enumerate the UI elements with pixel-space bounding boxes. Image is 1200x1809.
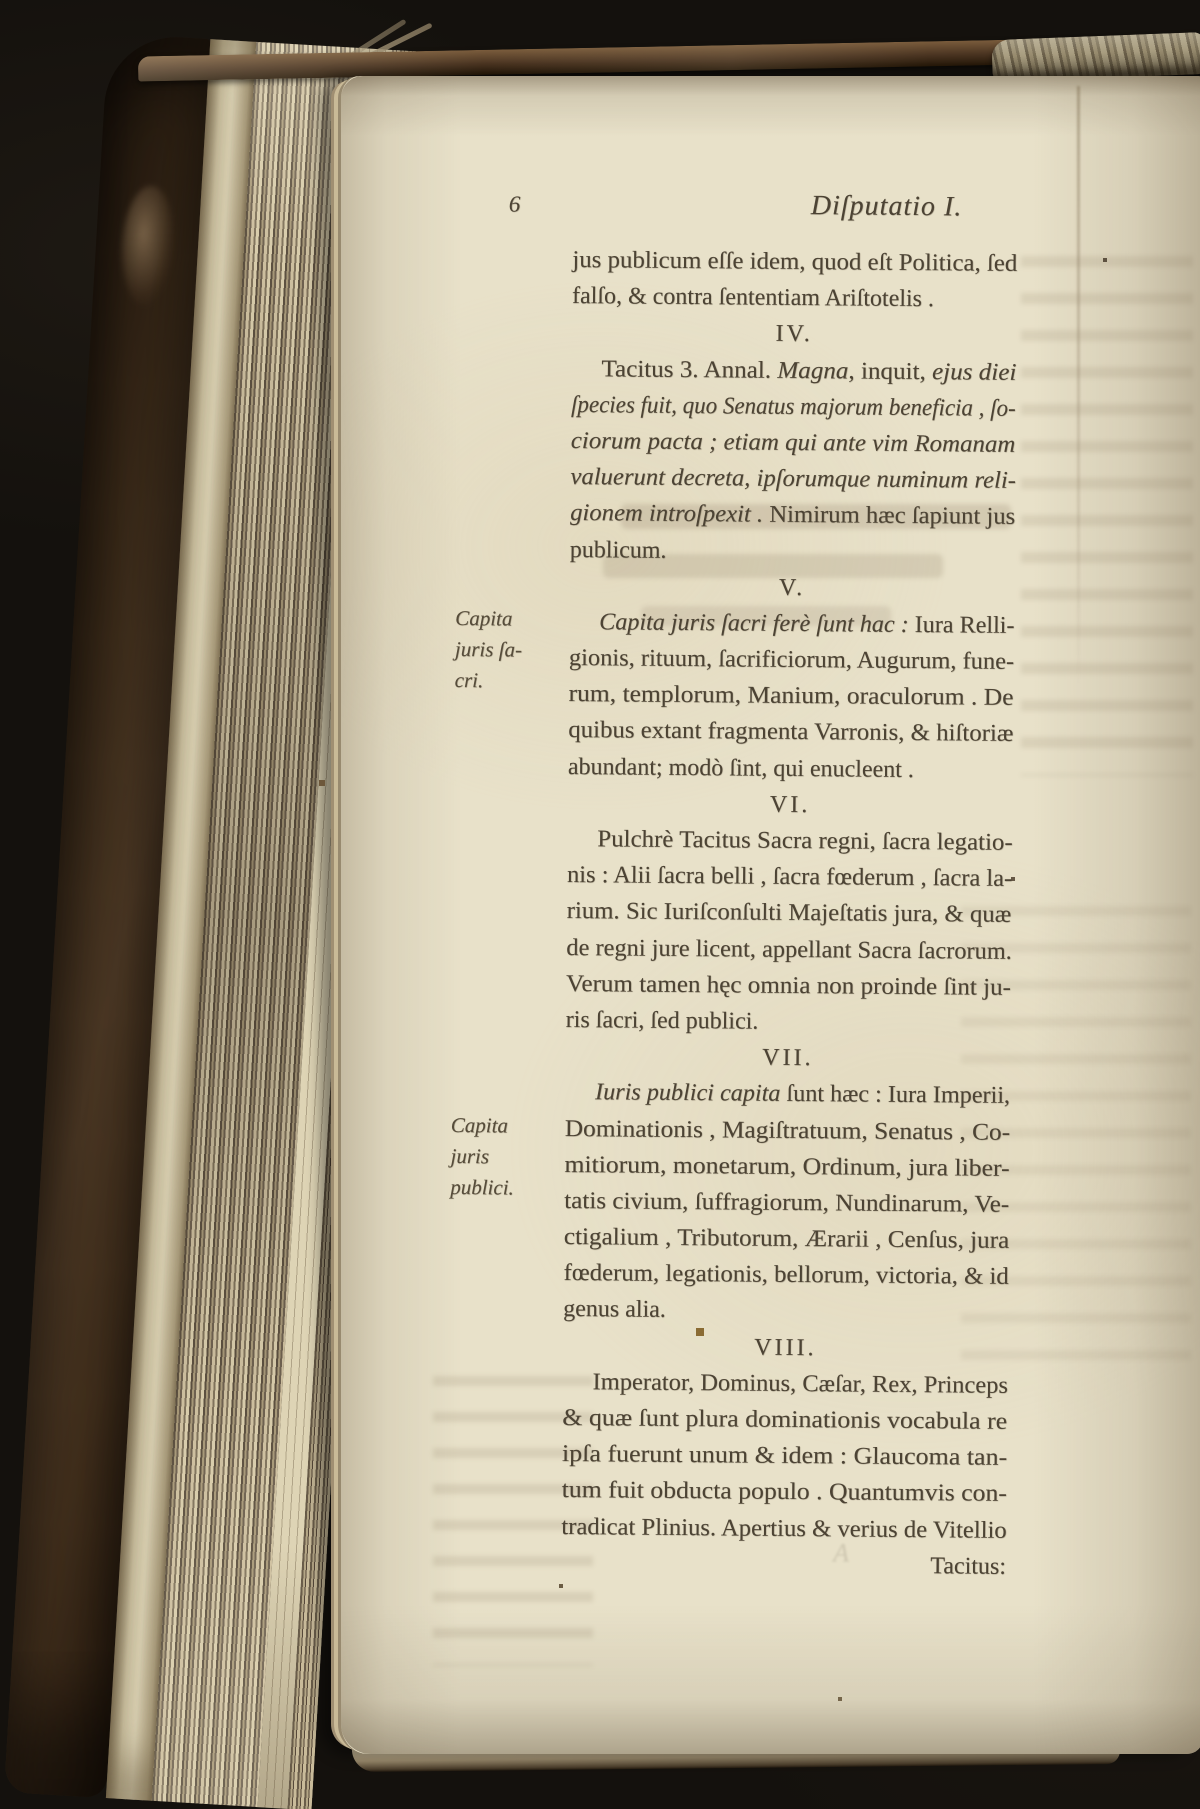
text-line: ciorum pacta ; etiam qui ante vim Romana… — [571, 423, 1016, 463]
text-line: tradicat Plinius. Apertius & verius de V… — [561, 1509, 1006, 1549]
page-number: 6 — [509, 191, 521, 217]
margin-note-line: Capita — [455, 603, 565, 635]
section-heading: VII. — [565, 1038, 1010, 1078]
section-heading: V. — [569, 568, 1014, 608]
text-line: nis : Alii ſacra belli , ſacra fœderum ,… — [567, 857, 1012, 897]
text-line: Imperator, Dominus, Cæſar, Rex, Princeps — [562, 1364, 1007, 1404]
section-heading: IV. — [572, 314, 1017, 354]
margin-note-line: juris — [450, 1141, 560, 1173]
text-block: 6 Diſputatio I. jus publicum eſſe idem, … — [561, 188, 1018, 1585]
section-heading: VI. — [567, 785, 1012, 825]
paper-specks — [341, 76, 343, 78]
text-line: jus publicum eſſe idem, quod eſt Politic… — [572, 242, 1017, 282]
bleed-through-signature: A — [833, 1538, 849, 1568]
text-line: publicum. — [570, 531, 1015, 571]
body-text: jus publicum eſſe idem, quod eſt Politic… — [561, 242, 1018, 1585]
text-line: gionis, rituum, ſacrificiorum, Augurum, … — [569, 640, 1014, 680]
running-header: Diſputatio I. — [811, 190, 963, 223]
text-line: tum fuit obducta populo . Quantumvis con… — [561, 1472, 1006, 1512]
text-line: quibus extant fragmenta Varronis, & hiſt… — [568, 712, 1013, 752]
margin-note-line: Capita — [451, 1110, 561, 1142]
text-line: Iuris publici capita ſunt hæc : Iura Imp… — [565, 1074, 1010, 1114]
text-line: Verum tamen hęc omnia non proinde ſint j… — [566, 966, 1011, 1006]
book-page: 6 Diſputatio I. jus publicum eſſe idem, … — [338, 76, 1200, 1754]
text-line: fœderum, legationis, bellorum, victoria,… — [563, 1255, 1008, 1295]
text-line: ipſa fuerunt unum & idem : Glaucoma tan- — [562, 1436, 1007, 1476]
text-line: genus alia. — [563, 1291, 1008, 1331]
text-line: & quæ ſunt plura dominationis vocabula r… — [562, 1400, 1007, 1440]
text-line: Dominationis , Magiſtratuum, Senatus , C… — [565, 1110, 1010, 1150]
text-line: valuerunt decreta, ipſorumque numinum re… — [570, 459, 1015, 499]
text-line: abundant; modò ſint, qui enucleent . — [568, 749, 1013, 789]
text-line: gionem introſpexit . Nimirum hæc ſapiunt… — [570, 495, 1015, 535]
margin-note-capita-juris-publici: Capita juris publici. — [450, 1110, 561, 1204]
page-crease — [1077, 86, 1080, 686]
margin-note-capita-juris-sacri: Capita juris ſa- cri. — [455, 603, 566, 697]
text-line: rum, templorum, Manium, oraculorum . De — [568, 676, 1013, 716]
text-line: Pulchrè Tacitus Sacra regni, ſacra legat… — [567, 821, 1012, 861]
text-line: ctigalium , Tributorum, Ærarii , Cenſus,… — [564, 1219, 1009, 1259]
margin-note-line: publici. — [450, 1172, 560, 1204]
text-line: ſpecies fuit, quo Senatus majorum benefi… — [571, 387, 1016, 427]
margin-note-line: cri. — [455, 665, 565, 697]
text-line: Tacitus 3. Annal. Magna, inquit, ejus di… — [571, 351, 1016, 391]
text-line: de regni jure licent, appellant Sacra ſa… — [566, 930, 1011, 970]
margin-note-line: juris ſa- — [455, 634, 565, 666]
text-line: falſo, & contra ſententiam Ariſtotelis . — [572, 278, 1017, 318]
page-header: 6 Diſputatio I. — [573, 188, 1018, 246]
text-line: rium. Sic Iuriſconſulti Majeſtatis jura,… — [567, 893, 1012, 933]
text-line: mitiorum, monetarum, Ordinum, jura liber… — [564, 1147, 1009, 1187]
text-line: tatis civium, ſuffragiorum, Nundinarum, … — [564, 1183, 1009, 1223]
text-line: ris ſacri, ſed publici. — [566, 1002, 1011, 1042]
text-line: Capita juris ſacri ferè ſunt hac : Iura … — [569, 604, 1014, 644]
photo-background: { "page": { "number": "6", "running_head… — [0, 0, 1200, 1809]
text-line: Tacitus: — [561, 1545, 1006, 1585]
headband — [991, 32, 1200, 82]
section-heading: VIII. — [563, 1328, 1008, 1368]
bleed-through-ghost — [1021, 256, 1193, 776]
